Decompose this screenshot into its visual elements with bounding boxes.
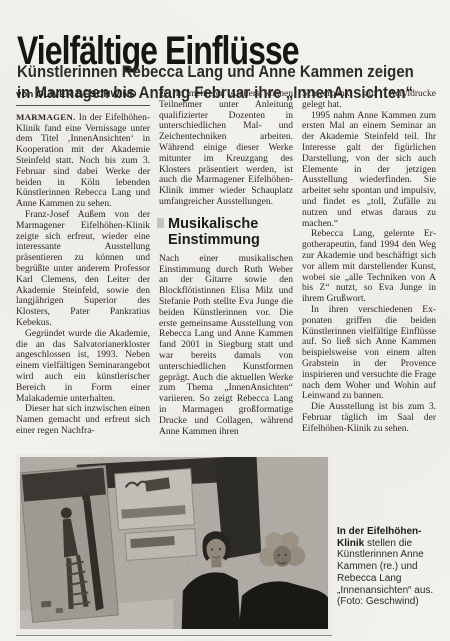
column-2: ge. In mehreren Ateliers kön­nen Teilneh… — [159, 89, 293, 437]
paragraph-text: ge. In mehreren Ateliers kön­nen Teilneh… — [159, 89, 293, 207]
paragraph-text: Die Ausstellung ist bis zum 3. Februar t… — [302, 402, 436, 434]
photo-illustration — [20, 457, 328, 629]
subhead-marker — [157, 218, 164, 228]
subhead-text: Musikalische Einstimmung — [168, 216, 260, 249]
paragraph: Gegründet wurde die Aka­demie, die an da… — [16, 329, 150, 405]
paragraph-text: Rebecca Lang, gelernte Er­gotherapeutin,… — [302, 229, 436, 304]
article-photo — [16, 454, 332, 636]
newspaper-page: Vielfältige Einflüsse Künstlerinnen Rebe… — [0, 0, 450, 641]
paragraph-text: Dieser hat sich inzwischen einen Namen g… — [16, 404, 150, 436]
paragraph-text: Franz-Josef Außem von der Marmagener Eif… — [16, 210, 150, 328]
paragraph-text: In der Eifelhöhen-Klinik fand eine Verni… — [16, 113, 150, 209]
photo-caption: In der Eifelhö­hen-Klinik stel­len die K… — [337, 526, 438, 608]
section-subhead: Musikalische Einstimmung — [168, 216, 293, 249]
paragraph: Franz-Josef Außem von der Marmagener Eif… — [16, 210, 150, 329]
paragraph-text: Schwerpunkt auf Acryldrucke gelegt hat. — [302, 89, 436, 110]
paragraph-text: Nach einer musikalischen Einstimmung dur… — [159, 254, 293, 437]
paragraph: Rebecca Lang, gelernte Er­gotherapeutin,… — [302, 229, 436, 305]
byline: von OLIVER GESCHWIND — [16, 89, 150, 106]
column-3: Schwerpunkt auf Acryldrucke gelegt hat. … — [302, 89, 436, 437]
article-body: von OLIVER GESCHWIND MARMAGEN. In der Ei… — [16, 89, 436, 437]
paragraph-text: In ihren verschiedenen Ex­ponaten griffe… — [302, 305, 436, 401]
dateline: MARMAGEN. — [16, 112, 76, 122]
paragraph: 1995 nahm Anne Kammen zum ersten Mal an … — [302, 111, 436, 230]
paragraph: In ihren verschiedenen Ex­ponaten griffe… — [302, 305, 436, 402]
paragraph-text: 1995 nahm Anne Kammen zum ersten Mal an … — [302, 111, 436, 229]
paragraph: ge. In mehreren Ateliers kön­nen Teilneh… — [159, 89, 293, 208]
paragraph-text: Gegründet wurde die Aka­demie, die an da… — [16, 329, 150, 404]
paragraph: Die Ausstellung ist bis zum 3. Februar t… — [302, 402, 436, 434]
paragraph: Nach einer musikalischen Einstimmung dur… — [159, 254, 293, 438]
paragraph: Schwerpunkt auf Acryldrucke gelegt hat. — [302, 89, 436, 111]
photo-grain-overlay — [20, 457, 328, 629]
paragraph: Dieser hat sich inzwischen einen Namen g… — [16, 404, 150, 436]
paragraph: MARMAGEN. In der Eifelhöhen-Klinik fand … — [16, 112, 150, 210]
column-1: von OLIVER GESCHWIND MARMAGEN. In der Ei… — [16, 89, 150, 437]
